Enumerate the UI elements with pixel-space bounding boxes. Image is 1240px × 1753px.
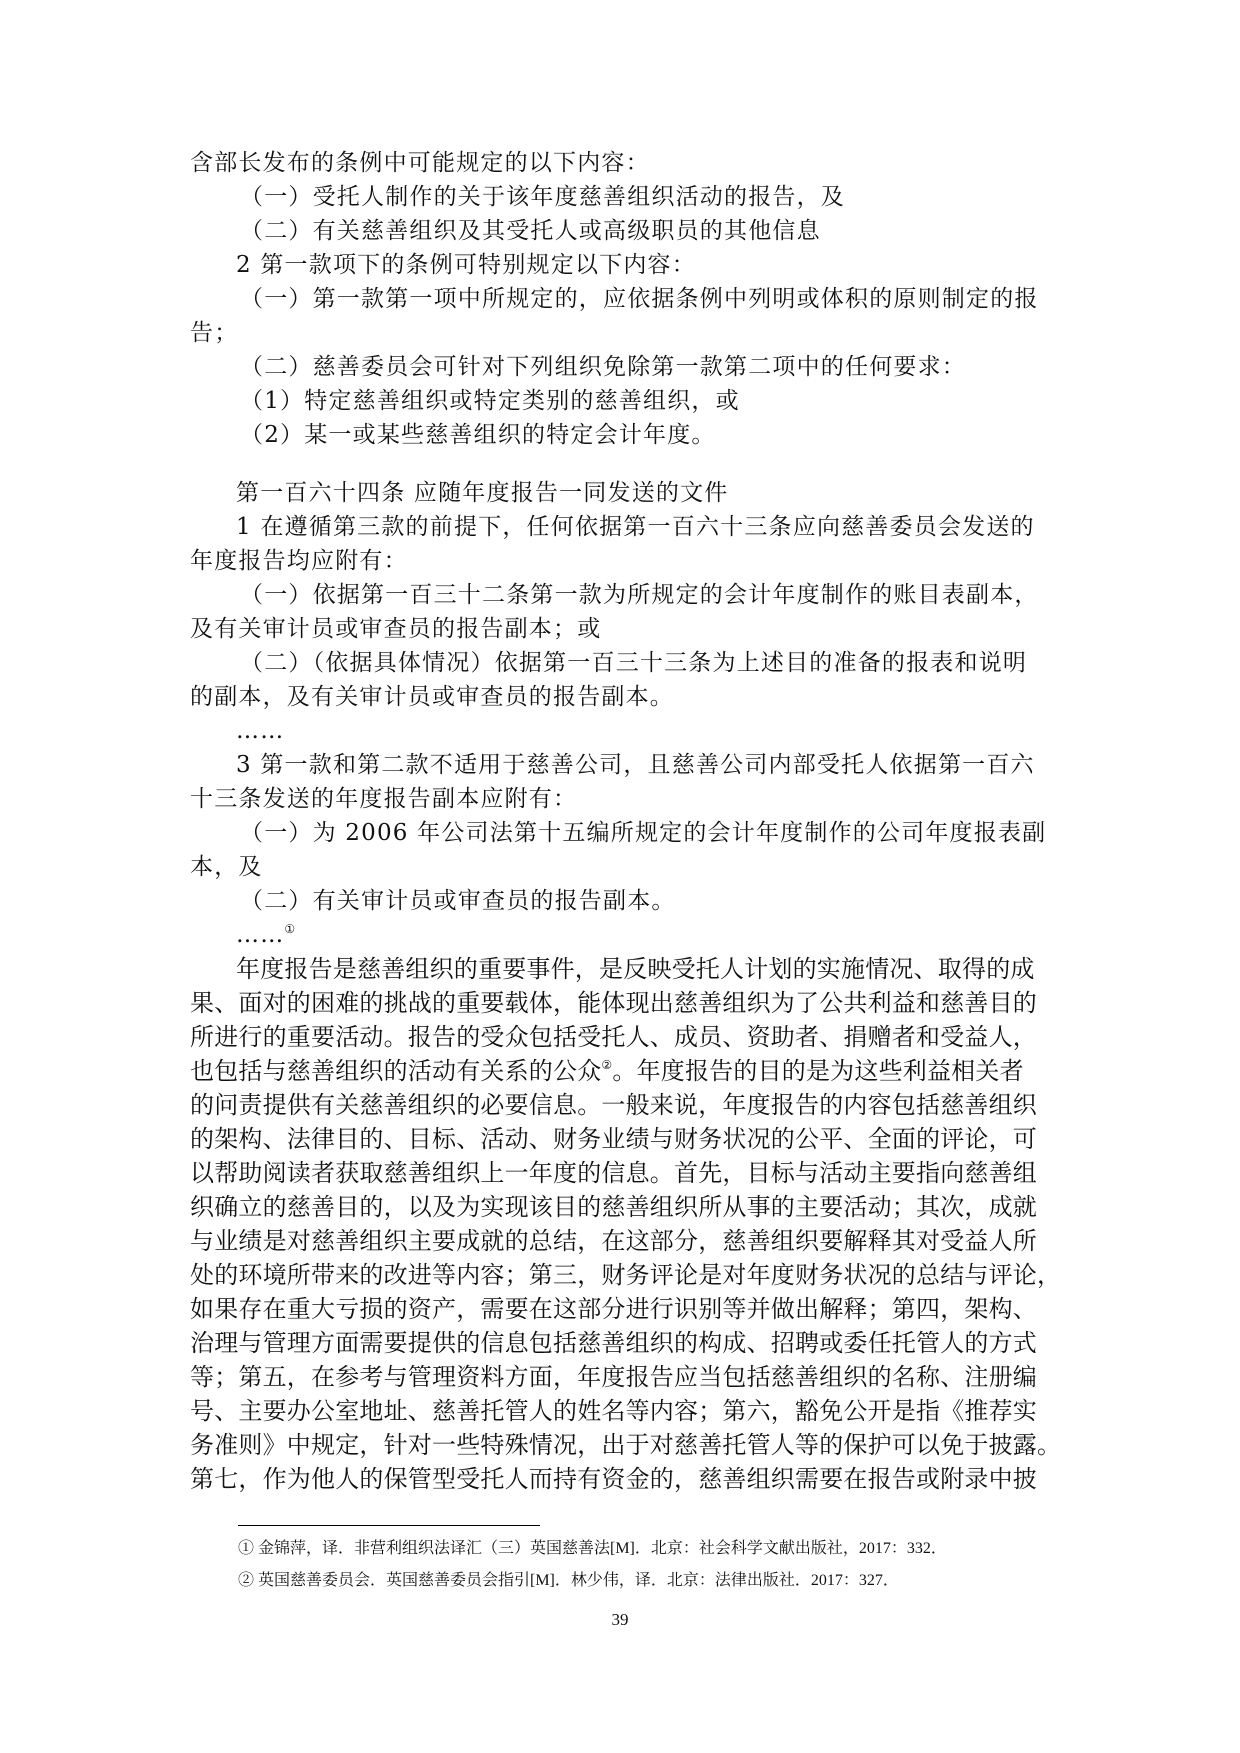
paragraph-line: 务准则》中规定，针对一些特殊情况，出于对慈善托管人等的保护可以免于披露。: [190, 1428, 1060, 1462]
paragraph-text: 也包括与慈善组织的活动有关系的公众: [190, 1057, 601, 1085]
footnote-ref-1[interactable]: ①: [284, 922, 296, 936]
ellipsis: ……: [236, 922, 284, 948]
paragraph-line: 也包括与慈善组织的活动有关系的公众②。年度报告的目的是为这些利益相关者: [190, 1054, 1060, 1088]
paragraph-line: 与业绩是对慈善组织主要成就的总结，在这部分，慈善组织要解释其对受益人所: [190, 1224, 1060, 1258]
text-line: （二）（依据具体情况）依据第一百三十三条为上述目的准备的报表和说明: [240, 646, 1060, 680]
text-line: （一）受托人制作的关于该年度慈善组织活动的报告，及: [240, 180, 1060, 214]
text-line: （1）特定慈善组织或特定类别的慈善组织，或: [240, 384, 1060, 418]
text-line: 告；: [190, 316, 1060, 350]
paragraph-line: 以帮助阅读者获取慈善组织上一年度的信息。首先，目标与活动主要指向慈善组: [190, 1156, 1060, 1190]
text-line: （一）依据第一百三十二条第一款为所规定的会计年度制作的账目表副本，: [240, 578, 1060, 612]
text-line: （二）慈善委员会可针对下列组织免除第一款第二项中的任何要求：: [240, 350, 1060, 384]
section-heading: 第一百六十四条 应随年度报告一同发送的文件: [236, 476, 1106, 510]
text-line: （二）有关慈善组织及其受托人或高级职员的其他信息: [240, 214, 1060, 248]
paragraph-line: 如果存在重大亏损的资产，需要在这部分进行识别等并做出解释；第四，架构、: [190, 1292, 1060, 1326]
paragraph-line: 所进行的重要活动。报告的受众包括受托人、成员、资助者、捐赠者和受益人，: [190, 1020, 1060, 1054]
paragraph-line: 果、面对的困难的挑战的重要载体，能体现出慈善组织为了公共利益和慈善目的: [190, 986, 1060, 1020]
paragraph-line: 年度报告是慈善组织的重要事件，是反映受托人计划的实施情况、取得的成: [236, 952, 1106, 986]
text-line: 2 第一款项下的条例可特别规定以下内容：: [236, 248, 1106, 282]
paragraph-line: 治理与管理方面需要提供的信息包括慈善组织的构成、招聘或委任托管人的方式: [190, 1326, 1060, 1360]
paragraph-line: 的架构、法律目的、目标、活动、财务业绩与财务状况的公平、全面的评论，可: [190, 1122, 1060, 1156]
footnote-ref-2[interactable]: ②: [601, 1058, 612, 1072]
text-line: 十三条发送的年度报告副本应附有：: [190, 782, 1060, 816]
paragraph-line: 号、主要办公室地址、慈善托管人的姓名等内容；第六，豁免公开是指《推荐实: [190, 1394, 1060, 1428]
text-line: （一）第一款第一项中所规定的，应依据条例中列明或体积的原则制定的报: [240, 282, 1060, 316]
paragraph-line: 织确立的慈善目的，以及为实现该目的慈善组织所从事的主要活动；其次，成就: [190, 1190, 1060, 1224]
document-page: 含部长发布的条例中可能规定的以下内容： （一）受托人制作的关于该年度慈善组织活动…: [0, 0, 1240, 1753]
footnote-2: ② 英国慈善委员会．英国慈善委员会指引[M]．林少伟，译．北京：法律出版社．20…: [238, 1570, 899, 1592]
page-number: 39: [0, 1610, 1240, 1630]
text-line: （2）某一或某些慈善组织的特定会计年度。: [240, 418, 1060, 452]
footnote-separator: [238, 1525, 540, 1526]
text-line: 年度报告均应附有：: [190, 544, 1060, 578]
ellipsis: ……: [236, 714, 1106, 748]
footnote-1: ① 金锦萍，译．非营利组织法译汇（三）英国慈善法[M]．北京：社会科学文献出版社…: [238, 1538, 947, 1560]
text-line: （二）有关审计员或审查员的报告副本。: [240, 884, 1060, 918]
text-line: 1 在遵循第三款的前提下，任何依据第一百六十三条应向慈善委员会发送的: [236, 510, 1106, 544]
text-line: 的副本，及有关审计员或审查员的报告副本。: [190, 680, 1060, 714]
text-line: （一）为 2006 年公司法第十五编所规定的会计年度制作的公司年度报表副: [240, 816, 1060, 850]
paragraph-line: 的问责提供有关慈善组织的必要信息。一般来说，年度报告的内容包括慈善组织: [190, 1088, 1060, 1122]
ellipsis-with-footnote: ……①: [236, 918, 1106, 952]
paragraph-line: 处的环境所带来的改进等内容；第三，财务评论是对年度财务状况的总结与评论，: [190, 1258, 1060, 1292]
text-line: 3 第一款和第二款不适用于慈善公司，且慈善公司内部受托人依据第一百六: [236, 748, 1106, 782]
paragraph-line: 第七，作为他人的保管型受托人而持有资金的，慈善组织需要在报告或附录中披: [190, 1462, 1060, 1496]
paragraph-line: 等；第五，在参考与管理资料方面，年度报告应当包括慈善组织的名称、注册编: [190, 1360, 1060, 1394]
text-line: 及有关审计员或审查员的报告副本；或: [190, 612, 1060, 646]
paragraph-text: 。年度报告的目的是为这些利益相关者: [612, 1057, 1023, 1085]
text-line: 本，及: [190, 850, 1060, 884]
text-line: 含部长发布的条例中可能规定的以下内容：: [190, 146, 1060, 180]
